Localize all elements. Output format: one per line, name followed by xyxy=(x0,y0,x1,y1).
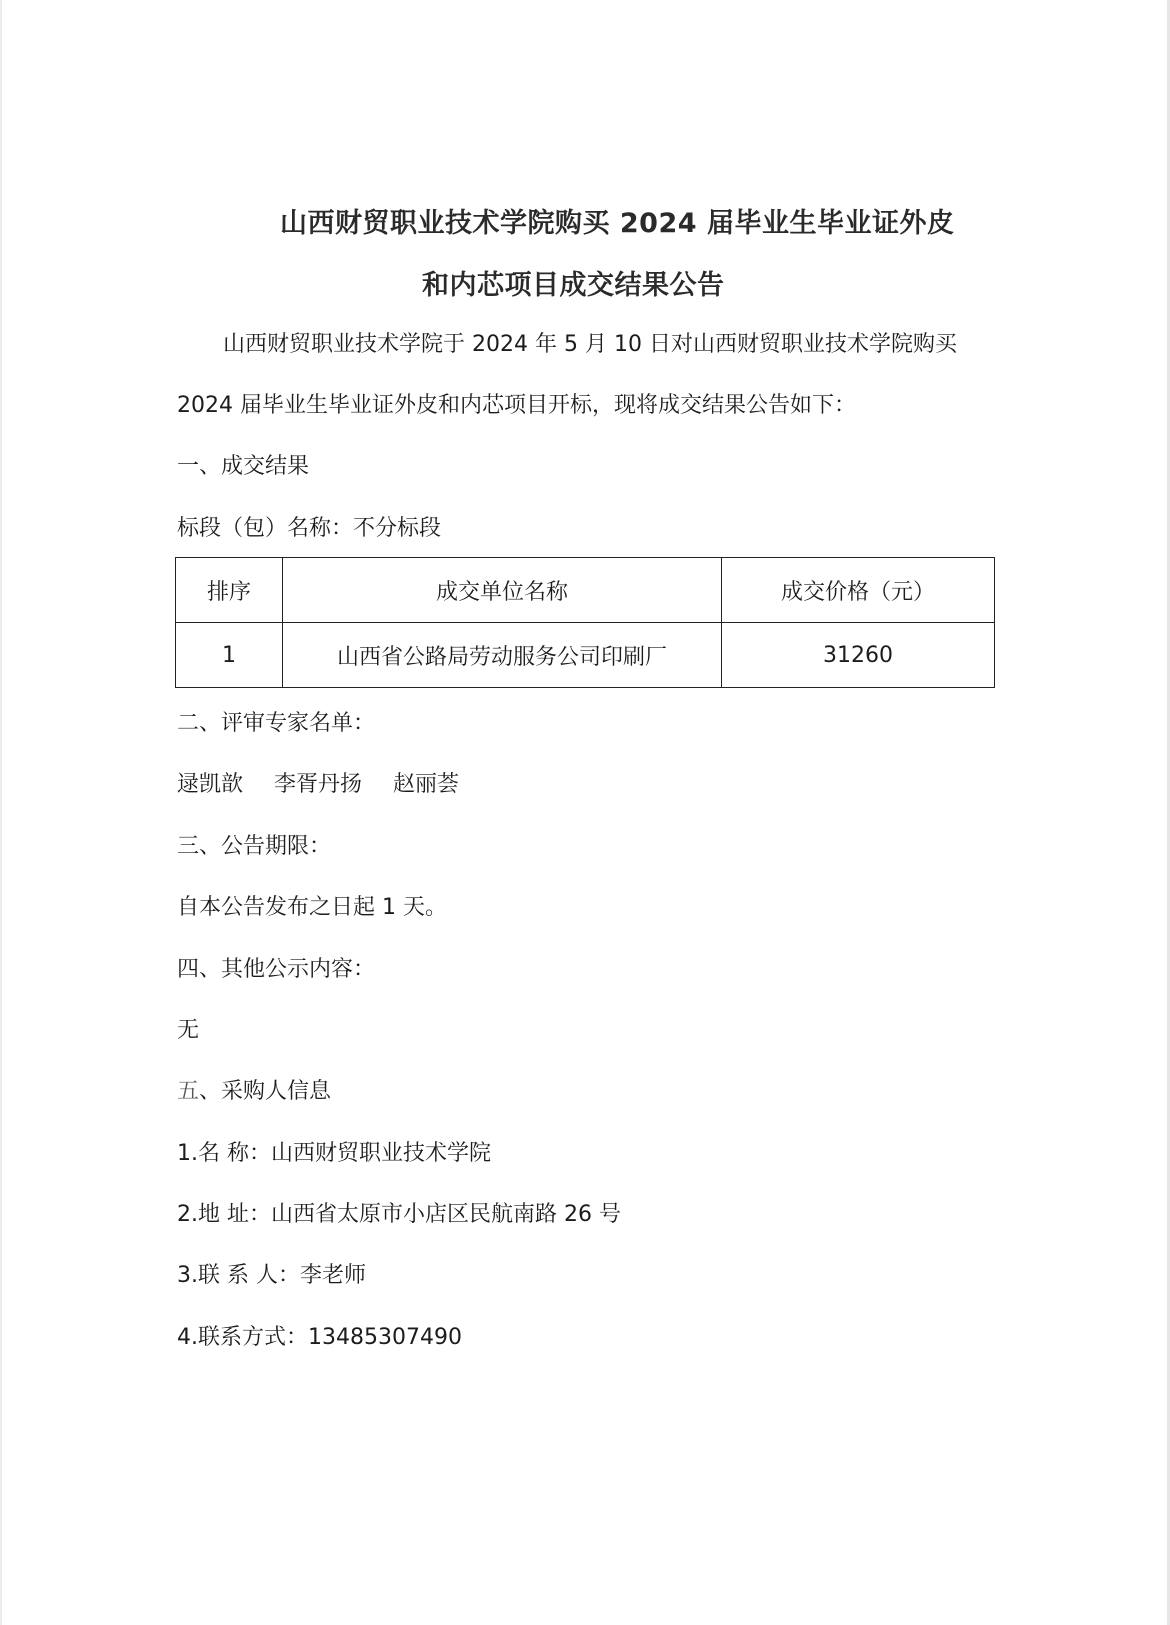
expert-name: 赵丽荟 xyxy=(393,772,459,797)
table-header-rank: 排序 xyxy=(176,558,283,623)
lot-name-label: 标段（包）名称：不分标段 xyxy=(177,514,441,544)
purchaser-address: 2.地 址：山西省太原市小店区民航南路 26 号 xyxy=(177,1200,621,1230)
intro-paragraph-line-1: 山西财贸职业技术学院于 2024 年 5 月 10 日对山西财贸职业技术学院购买 xyxy=(223,330,957,360)
expert-list: 逯凯歆 李胥丹扬 赵丽荟 xyxy=(177,770,483,800)
document-title-line-2: 和内芯项目成交结果公告 xyxy=(422,263,725,302)
table-header-price: 成交价格（元） xyxy=(722,558,995,623)
announcement-period: 自本公告发布之日起 1 天。 xyxy=(177,893,447,923)
expert-name: 逯凯歆 xyxy=(177,772,243,797)
intro-paragraph-line-2: 2024 届毕业生毕业证外皮和内芯项目开标，现将成交结果公告如下： xyxy=(177,391,856,421)
expert-name: 李胥丹扬 xyxy=(274,772,362,797)
result-table: 排序 成交单位名称 成交价格（元） 1 山西省公路局劳动服务公司印刷厂 3126… xyxy=(175,557,995,688)
document-page: 山西财贸职业技术学院购买 2024 届毕业生毕业证外皮 和内芯项目成交结果公告 … xyxy=(0,0,1170,1625)
section-5-heading: 五、采购人信息 xyxy=(177,1077,331,1107)
section-4-heading: 四、其他公示内容： xyxy=(177,955,375,985)
purchaser-phone: 4.联系方式：13485307490 xyxy=(177,1323,462,1353)
purchaser-name: 1.名 称：山西财贸职业技术学院 xyxy=(177,1139,491,1169)
section-5-title: 、采购人信息 xyxy=(199,1079,331,1104)
document-title-line-1: 山西财贸职业技术学院购买 2024 届毕业生毕业证外皮 xyxy=(280,201,954,240)
section-2-heading: 二、评审专家名单： xyxy=(177,709,375,739)
purchaser-contact-person: 3.联 系 人：李老师 xyxy=(177,1261,366,1291)
other-content: 无 xyxy=(177,1016,199,1046)
table-header-row: 排序 成交单位名称 成交价格（元） xyxy=(176,558,995,623)
table-cell-supplier: 山西省公路局劳动服务公司印刷厂 xyxy=(283,623,722,688)
table-cell-price: 31260 xyxy=(722,623,995,688)
table-cell-rank: 1 xyxy=(176,623,283,688)
section-5-number: 五 xyxy=(177,1079,199,1104)
table-header-supplier: 成交单位名称 xyxy=(283,558,722,623)
section-1-heading: 一、成交结果 xyxy=(177,452,309,482)
table-row: 1 山西省公路局劳动服务公司印刷厂 31260 xyxy=(176,623,995,688)
section-3-heading: 三、公告期限： xyxy=(177,832,331,862)
